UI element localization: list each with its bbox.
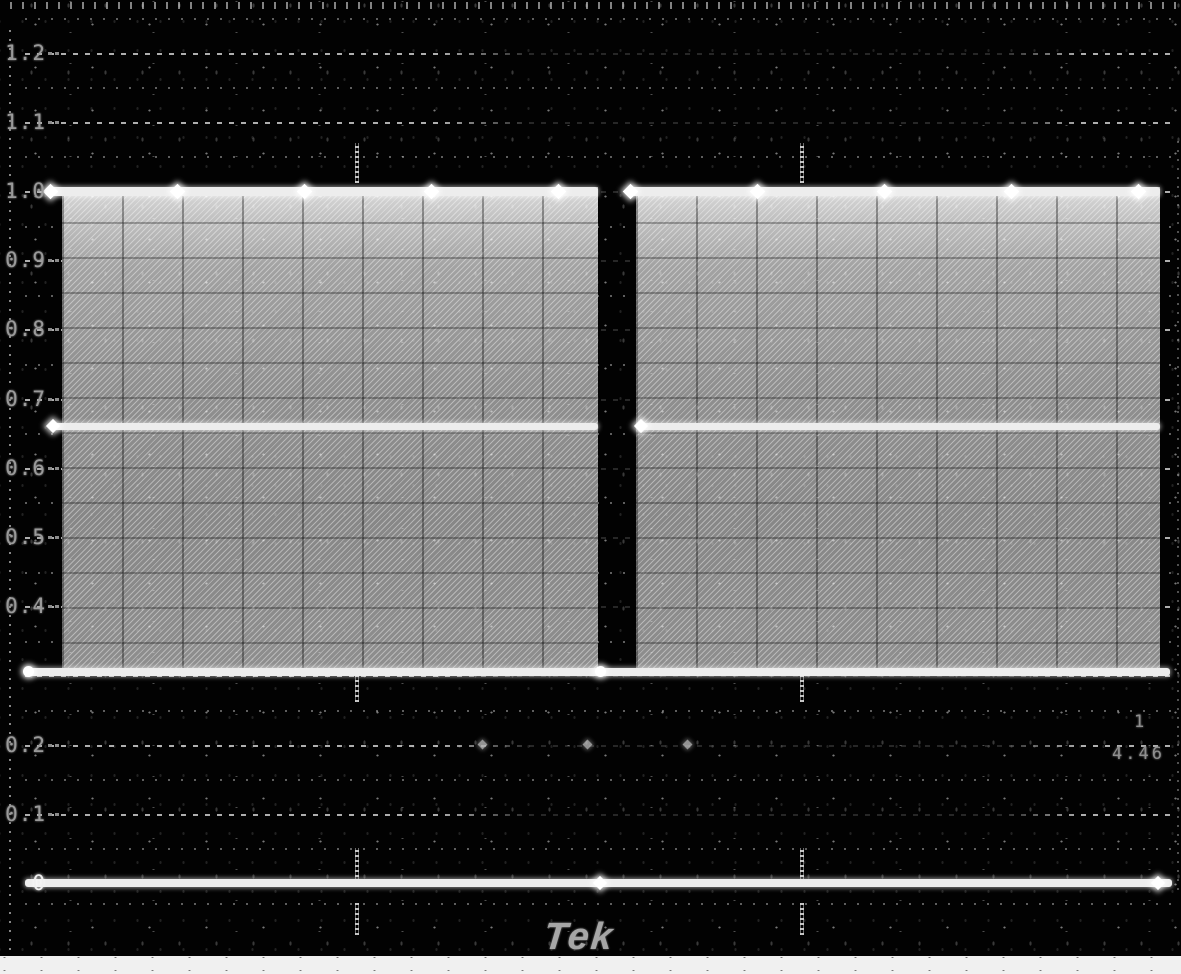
top-edge-tick (814, 2, 816, 9)
top-edge-tick (430, 2, 432, 9)
y-axis-label: 0.4 (4, 595, 46, 617)
vertical-gridline-segment (355, 903, 359, 935)
top-edge-tick (34, 2, 36, 9)
top-edge-tick (406, 2, 408, 9)
y-axis-label: 0 (4, 872, 46, 894)
top-edge-tick (670, 2, 672, 9)
top-edge-tick (262, 2, 264, 9)
y-axis-label: 0.1 (4, 803, 46, 825)
low-level-trace-marker (595, 666, 606, 677)
top-edge-tick (802, 2, 804, 9)
y-axis-tick (48, 328, 62, 331)
top-edge-tick (778, 2, 780, 9)
y-axis-label: 1.1 (4, 111, 46, 133)
top-edge-tick (202, 2, 204, 9)
top-edge-tick (106, 2, 108, 9)
top-edge-tick (586, 2, 588, 9)
top-edge-tick (274, 2, 276, 9)
cursor-readout-value: 4.46 (1112, 744, 1165, 764)
top-edge-tick (562, 2, 564, 9)
top-edge-tick (874, 2, 876, 9)
tek-logo: Tek (542, 916, 617, 959)
vertical-gridline-segment (355, 848, 359, 882)
top-edge-tick (1090, 2, 1092, 9)
y-axis-label: 0.7 (4, 388, 46, 410)
top-edge-tick (658, 2, 660, 9)
top-edge-tick (598, 2, 600, 9)
top-edge-tick (994, 2, 996, 9)
top-edge-tick (970, 2, 972, 9)
top-edge-tick (478, 2, 480, 9)
top-edge-tick (538, 2, 540, 9)
top-edge-tick (118, 2, 120, 9)
gridline-major (25, 122, 1174, 124)
top-edge-tick (250, 2, 252, 9)
top-edge-tick (982, 2, 984, 9)
top-edge-tick (154, 2, 156, 9)
top-edge-tick (850, 2, 852, 9)
gridline-minor (25, 156, 1174, 158)
low-level-trace-marker (23, 666, 34, 677)
vertical-gridline-segment (800, 903, 804, 935)
top-edge-tick (910, 2, 912, 9)
top-edge-tick (682, 2, 684, 9)
y-axis-label: 1.2 (4, 42, 46, 64)
top-edge-tick (298, 2, 300, 9)
top-edge-tick (382, 2, 384, 9)
gridline-minor (25, 779, 1174, 781)
vertical-gridline-segment (800, 143, 804, 183)
scan-edge-strip (0, 956, 1181, 974)
y-axis-label: 0.9 (4, 249, 46, 271)
oscilloscope-screen: 1.21.11.00.90.80.70.60.50.40.20.10 1 4.4… (0, 0, 1181, 974)
top-edge-tick (574, 2, 576, 9)
y-axis-tick (48, 52, 62, 55)
top-edge-tick (1102, 2, 1104, 9)
top-edge-tick (718, 2, 720, 9)
top-edge-tick (370, 2, 372, 9)
faint-gridline-marker (477, 740, 487, 750)
top-edge-tick (622, 2, 624, 9)
top-edge-tick (10, 2, 12, 9)
top-edge-tick (142, 2, 144, 9)
top-edge-tick (394, 2, 396, 9)
y-axis-label: 0.2 (4, 734, 46, 756)
top-edge-tick (358, 2, 360, 9)
top-edge-tick (886, 2, 888, 9)
y-axis-tick (48, 398, 62, 401)
top-edge-tick (898, 2, 900, 9)
top-edge-tick (634, 2, 636, 9)
top-edge-tick (214, 2, 216, 9)
top-edge-tick (58, 2, 60, 9)
top-edge-tick (130, 2, 132, 9)
top-edge-tick (502, 2, 504, 9)
top-edge-tick (610, 2, 612, 9)
mid-level-trace (53, 423, 598, 430)
gridline-minor (25, 848, 1174, 850)
high-level-trace (50, 187, 598, 196)
y-axis-label: 0.5 (4, 526, 46, 548)
top-edge-tick (1018, 2, 1020, 9)
top-edge-tick (238, 2, 240, 9)
vertical-gridline-segment (800, 848, 804, 882)
y-axis-tick (48, 121, 62, 124)
y-axis-label: 0.8 (4, 318, 46, 340)
vertical-gridline-segment (355, 143, 359, 183)
top-edge-tick (646, 2, 648, 9)
top-edge-tick (790, 2, 792, 9)
top-edge-tick (454, 2, 456, 9)
right-plot-border (1177, 140, 1179, 890)
top-edge-tick (22, 2, 24, 9)
top-edge-tick (1138, 2, 1140, 9)
high-level-trace (630, 187, 1160, 196)
top-edge-tick (742, 2, 744, 9)
y-axis-tick (48, 536, 62, 539)
top-edge-tick (1042, 2, 1044, 9)
top-edge-tick (934, 2, 936, 9)
top-edge-tick (490, 2, 492, 9)
y-axis-tick (48, 605, 62, 608)
cursor-readout-top: 1 (1134, 712, 1147, 732)
top-edge-tick (1054, 2, 1056, 9)
gridline-minor (25, 87, 1174, 89)
y-axis-tick (48, 744, 62, 747)
y-axis-label: 1.0 (4, 180, 46, 202)
top-edge-tick (1030, 2, 1032, 9)
faint-gridline-marker (582, 740, 592, 750)
y-axis-tick (48, 259, 62, 262)
gridline-minor (25, 710, 1174, 712)
top-edge-tick (766, 2, 768, 9)
top-edge-tick (706, 2, 708, 9)
top-edge-tick (1150, 2, 1152, 9)
top-edge-tick (346, 2, 348, 9)
top-edge-tick (418, 2, 420, 9)
top-edge-tick (754, 2, 756, 9)
top-edge-tick (442, 2, 444, 9)
top-edge-tick (550, 2, 552, 9)
top-edge-tick (730, 2, 732, 9)
top-edge-tick (922, 2, 924, 9)
top-edge-tick (166, 2, 168, 9)
y-axis-tick (48, 467, 62, 470)
top-edge-tick (70, 2, 72, 9)
y-axis-label: 0.6 (4, 457, 46, 479)
top-edge-tick (1162, 2, 1164, 9)
top-edge-tick (694, 2, 696, 9)
plot-area: 1.21.11.00.90.80.70.60.50.40.20.10 (0, 0, 1181, 956)
bottom-plot-border (25, 903, 1174, 905)
top-edge-tick (322, 2, 324, 9)
top-edge-tick (1114, 2, 1116, 9)
top-edge-tick (334, 2, 336, 9)
faint-gridline-marker (682, 740, 692, 750)
top-edge-tick (1174, 2, 1176, 9)
gridline-major (25, 53, 1174, 55)
top-edge-tick (310, 2, 312, 9)
top-edge-tick (1126, 2, 1128, 9)
top-edge-tick (826, 2, 828, 9)
top-edge-tick (514, 2, 516, 9)
mid-level-trace (638, 423, 1160, 430)
top-edge-tick (190, 2, 192, 9)
top-edge-tick (46, 2, 48, 9)
top-edge-tick (226, 2, 228, 9)
gridline-minor (25, 18, 1174, 20)
mid-level-trace-marker (46, 419, 60, 433)
top-edge-tick (862, 2, 864, 9)
top-edge-tick (526, 2, 528, 9)
top-edge-tick (1078, 2, 1080, 9)
gridline-major (25, 814, 1174, 816)
top-edge-tick (286, 2, 288, 9)
top-edge-tick (838, 2, 840, 9)
top-edge-tick (466, 2, 468, 9)
top-edge-tick (1006, 2, 1008, 9)
top-edge-tick (82, 2, 84, 9)
gridline-major (25, 745, 1174, 747)
top-edge-tick (1066, 2, 1068, 9)
top-edge-tick (958, 2, 960, 9)
top-edge-tick (94, 2, 96, 9)
top-edge-tick (178, 2, 180, 9)
y-axis-tick (48, 813, 62, 816)
top-edge-tick (946, 2, 948, 9)
